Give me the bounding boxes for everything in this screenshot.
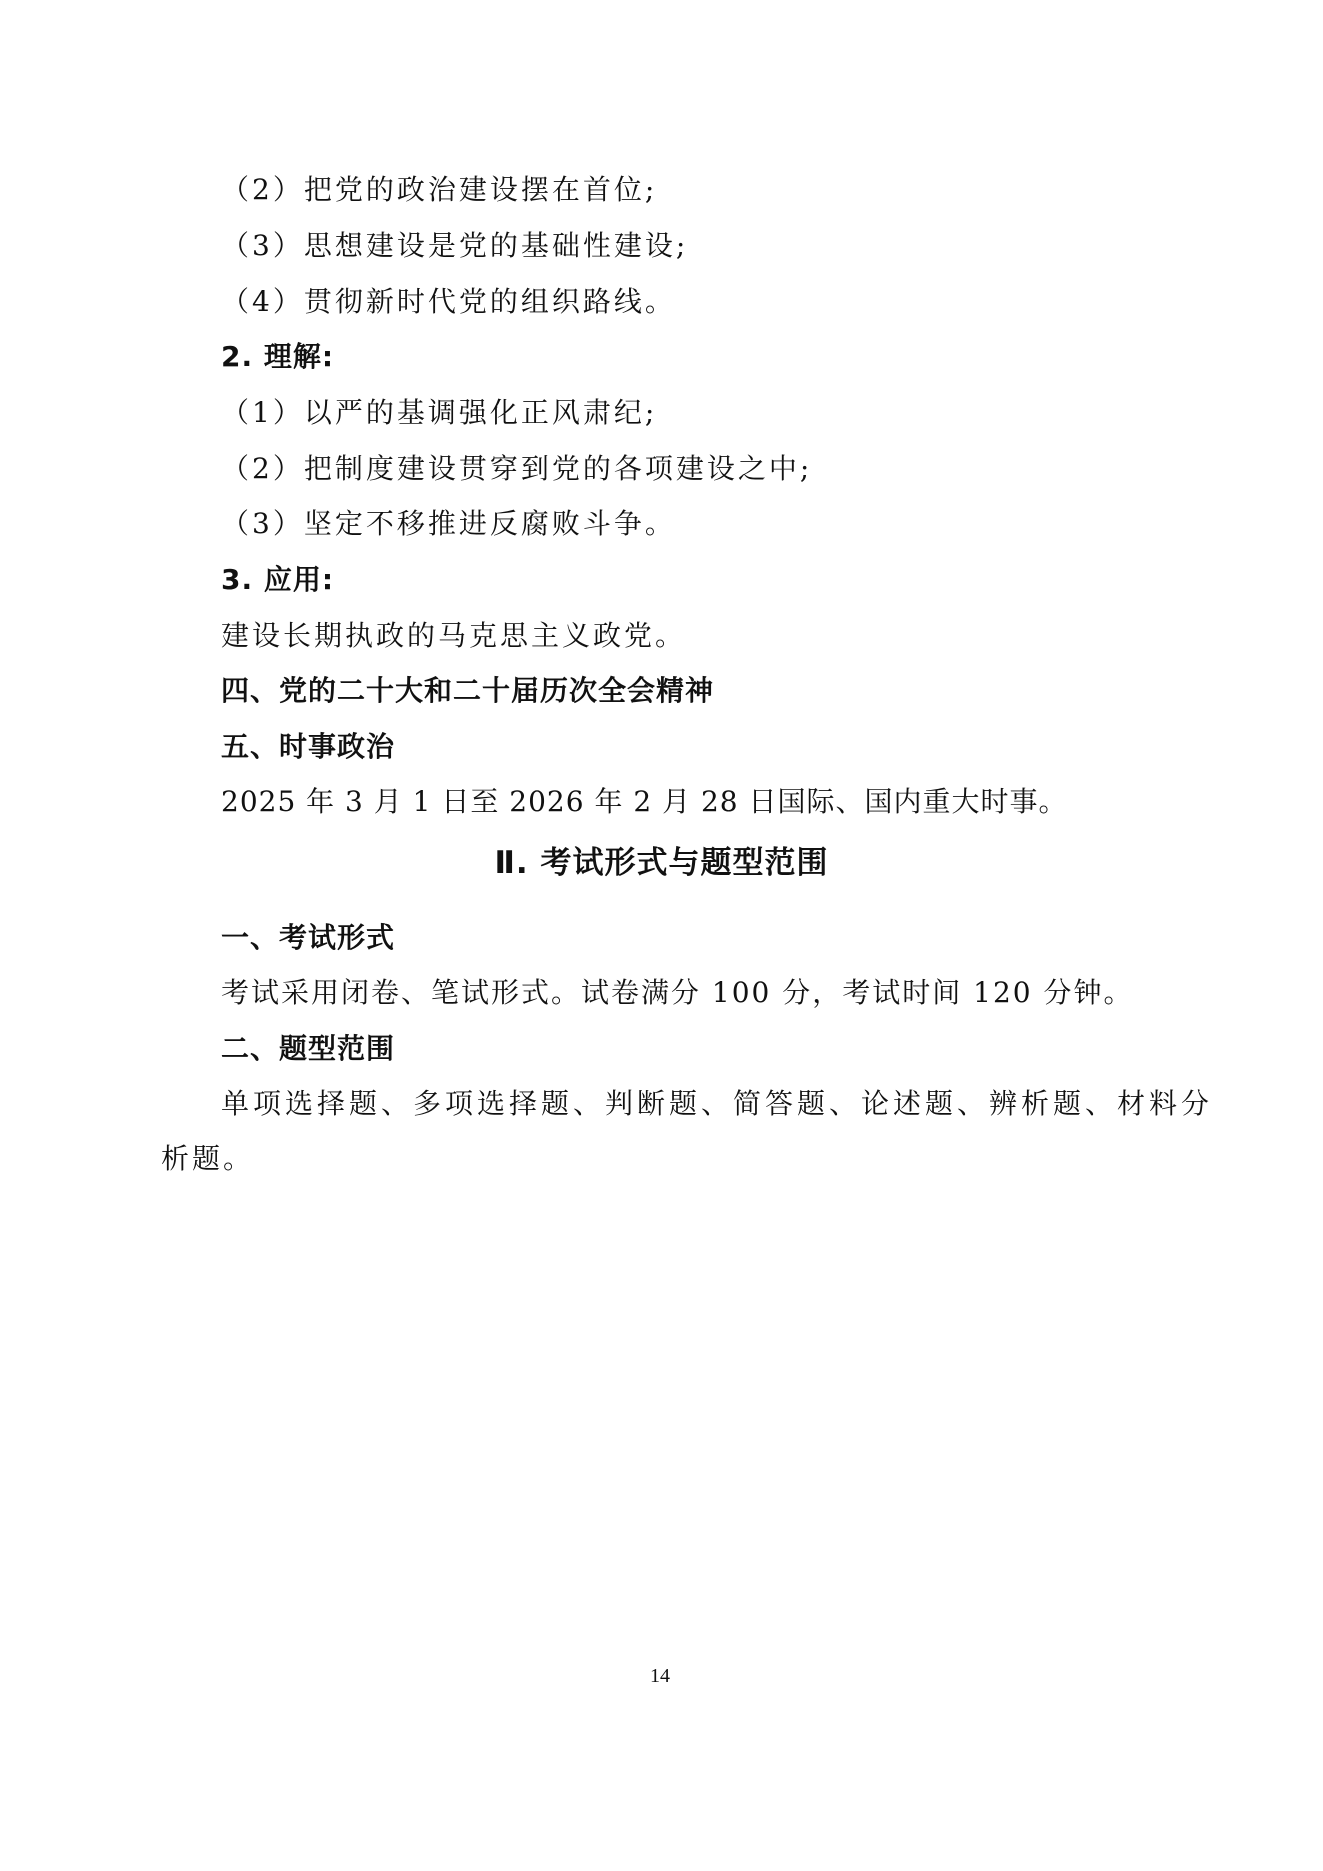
heading-question-types: 二、题型范围: [221, 1031, 395, 1067]
list-item: （3）思想建设是党的基础性建设;: [221, 228, 688, 264]
section-heading-five: 五、时事政治: [221, 729, 395, 765]
list-item: （4）贯彻新时代党的组织路线。: [221, 284, 676, 320]
subheading-understanding: 2. 理解:: [221, 339, 334, 375]
section-heading-four: 四、党的二十大和二十届历次全会精神: [221, 673, 714, 709]
list-item: （3）坚定不移推进反腐败斗争。: [221, 506, 676, 542]
paragraph: 建设长期执政的马克思主义政党。: [221, 618, 686, 654]
page-number: 14: [650, 1665, 670, 1688]
paragraph-continuation: 析题。: [161, 1141, 254, 1177]
section-title: Ⅱ. 考试形式与题型范围: [0, 845, 1323, 881]
list-item: （1）以严的基调强化正风肃纪;: [221, 395, 657, 431]
heading-exam-form: 一、考试形式: [221, 920, 395, 956]
paragraph: 单项选择题、多项选择题、判断题、简答题、论述题、辨析题、材料分: [221, 1086, 1213, 1122]
paragraph: 2025 年 3 月 1 日至 2026 年 2 月 28 日国际、国内重大时事…: [221, 784, 1068, 820]
list-item: （2）把制度建设贯穿到党的各项建设之中;: [221, 451, 812, 487]
subheading-application: 3. 应用:: [221, 562, 334, 598]
list-item: （2）把党的政治建设摆在首位;: [221, 172, 657, 208]
paragraph: 考试采用闭卷、笔试形式。试卷满分 100 分，考试时间 120 分钟。: [221, 975, 1134, 1011]
